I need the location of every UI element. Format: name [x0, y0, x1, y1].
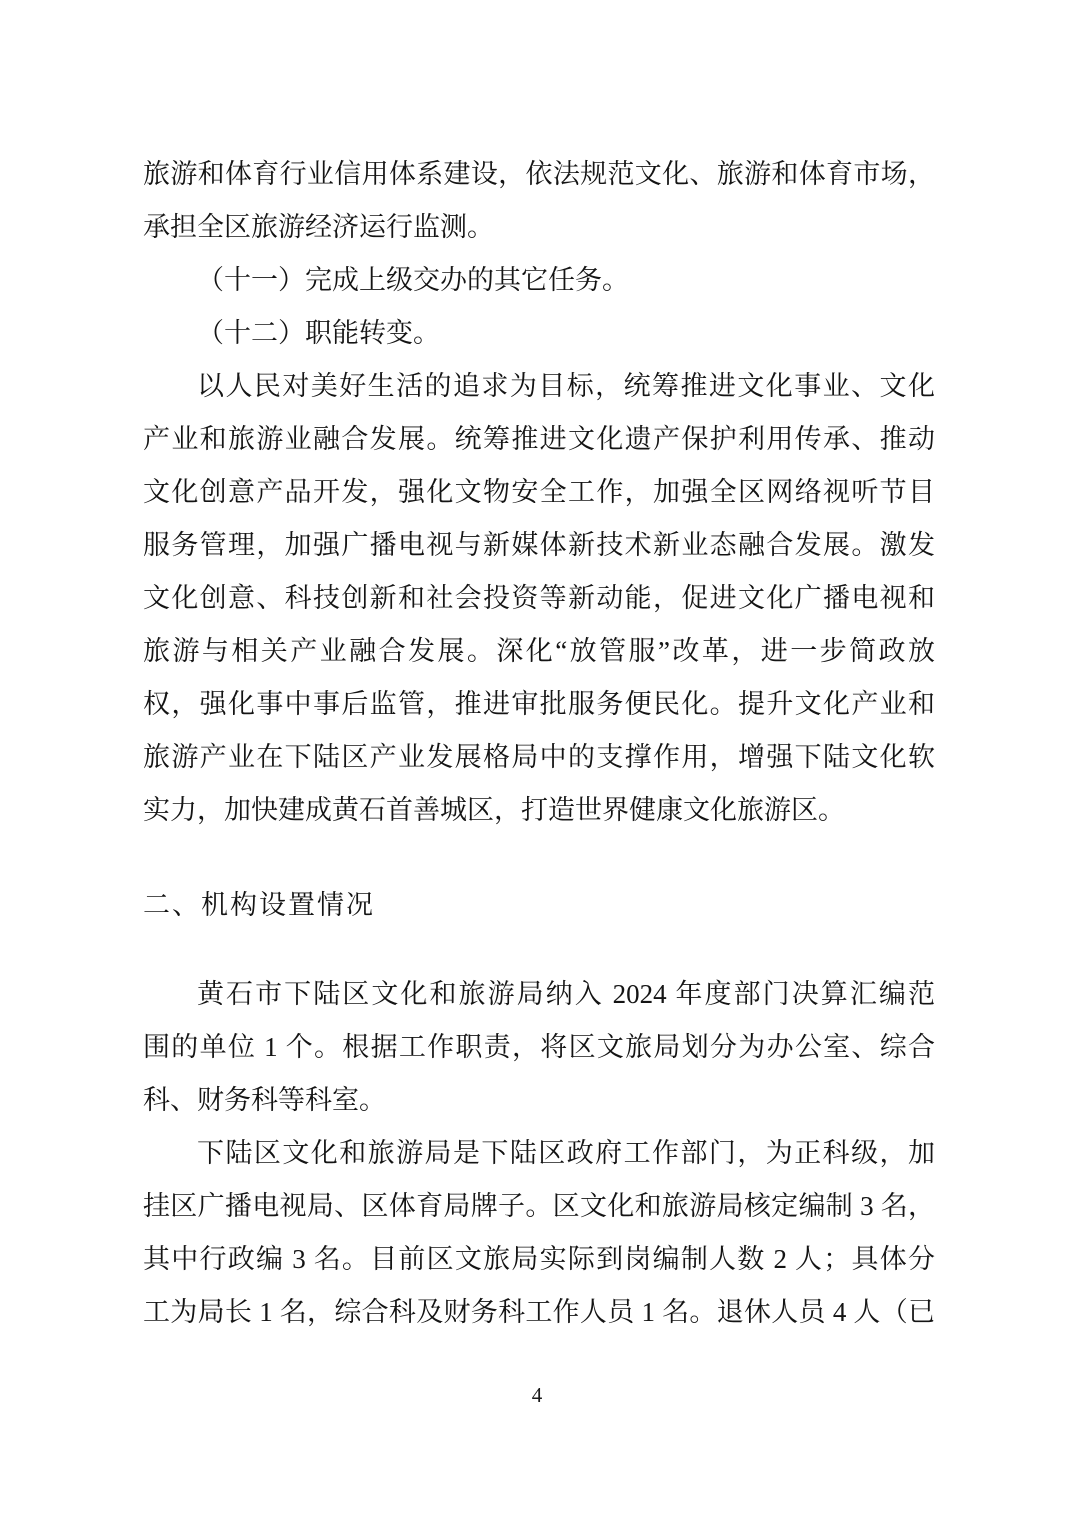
text-line: 权，强化事中事后监管，推进审批服务便民化。提升文化产业和 — [143, 678, 935, 731]
text-line: 黄石市下陆区文化和旅游局纳入 2024 年度部门决算汇编范 — [143, 968, 935, 1021]
paragraph-item-11: （十一）完成上级交办的其它任务。 — [143, 254, 935, 307]
text-line: 下陆区文化和旅游局是下陆区政府工作部门，为正科级，加 — [143, 1127, 935, 1180]
text-line: 挂区广播电视局、区体育局牌子。区文化和旅游局核定编制 3 名， — [143, 1180, 935, 1233]
text-line: 文化创意产品开发，强化文物安全工作，加强全区网络视听节目 — [143, 466, 935, 519]
text-line: 产业和旅游业融合发展。统筹推进文化遗产保护利用传承、推动 — [143, 413, 935, 466]
text-line: 其中行政编 3 名。目前区文旅局实际到岗编制人数 2 人；具体分 — [143, 1233, 935, 1286]
text-line: 旅游与相关产业融合发展。深化“放管服”改革，进一步简政放 — [143, 625, 935, 678]
paragraph-org-setup: 黄石市下陆区文化和旅游局纳入 2024 年度部门决算汇编范围的单位 1 个。根据… — [143, 968, 935, 1127]
text-line: 围的单位 1 个。根据工作职责，将区文旅局划分为办公室、综合 — [143, 1021, 935, 1074]
text-line: （十二）职能转变。 — [143, 307, 935, 360]
page-number: 4 — [532, 1383, 543, 1407]
text-line: 旅游和体育行业信用体系建设，依法规范文化、旅游和体育市场， — [143, 148, 935, 201]
text-line: 二、机构设置情况 — [143, 879, 935, 932]
text-line: 承担全区旅游经济运行监测。 — [143, 201, 935, 254]
text-line: 文化创意、科技创新和社会投资等新动能，促进文化广播电视和 — [143, 572, 935, 625]
paragraph-item-12: （十二）职能转变。 — [143, 307, 935, 360]
document-body: 旅游和体育行业信用体系建设，依法规范文化、旅游和体育市场，承担全区旅游经济运行监… — [143, 148, 935, 1339]
text-line: 科、财务科等科室。 — [143, 1074, 935, 1127]
paragraph-continuation: 旅游和体育行业信用体系建设，依法规范文化、旅游和体育市场，承担全区旅游经济运行监… — [143, 148, 935, 254]
page-footer: 4 — [0, 1383, 1074, 1408]
text-line: 旅游产业在下陆区产业发展格局中的支撑作用，增强下陆文化软 — [143, 731, 935, 784]
paragraph-function-transformation: 以人民对美好生活的追求为目标，统筹推进文化事业、文化产业和旅游业融合发展。统筹推… — [143, 360, 935, 837]
document-page: 旅游和体育行业信用体系建设，依法规范文化、旅游和体育市场，承担全区旅游经济运行监… — [0, 0, 1074, 1520]
text-line: （十一）完成上级交办的其它任务。 — [143, 254, 935, 307]
section-heading-2: 二、机构设置情况 — [143, 879, 935, 932]
paragraph-staffing: 下陆区文化和旅游局是下陆区政府工作部门，为正科级，加挂区广播电视局、区体育局牌子… — [143, 1127, 935, 1339]
text-line: 工为局长 1 名，综合科及财务科工作人员 1 名。退休人员 4 人（已 — [143, 1286, 935, 1339]
text-line: 以人民对美好生活的追求为目标，统筹推进文化事业、文化 — [143, 360, 935, 413]
text-line: 实力，加快建成黄石首善城区，打造世界健康文化旅游区。 — [143, 784, 935, 837]
text-line: 服务管理，加强广播电视与新媒体新技术新业态融合发展。激发 — [143, 519, 935, 572]
